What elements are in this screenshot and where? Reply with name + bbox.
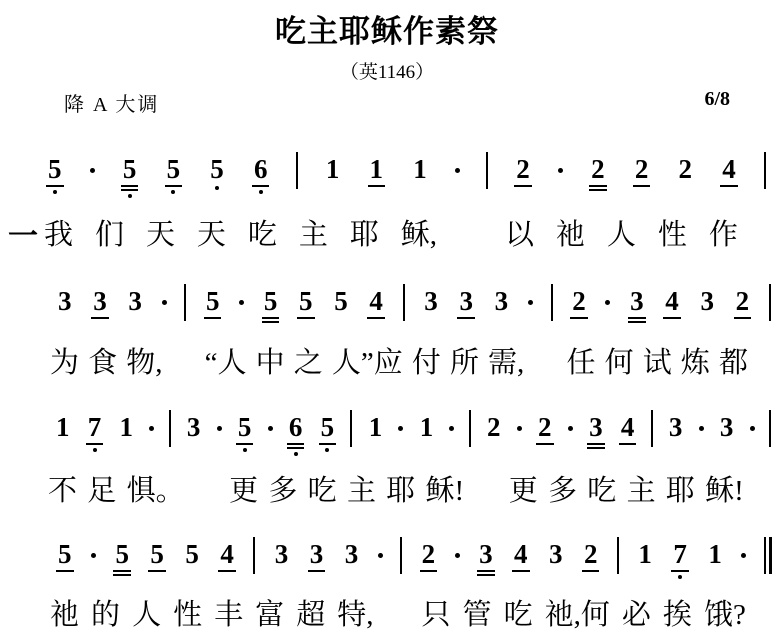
note-4: 4 xyxy=(663,288,681,319)
barline xyxy=(551,284,553,321)
lyric-syllable: 作 xyxy=(709,220,738,251)
duration-underline xyxy=(457,317,475,319)
lyric-line-3: 不足惧。更多吃主耶稣!更多吃主耶稣! xyxy=(48,476,744,510)
barline xyxy=(253,537,255,574)
page-title: 吃主耶稣作素祭 xyxy=(0,6,774,51)
duration-underline xyxy=(319,443,337,445)
note-3: 3 xyxy=(457,288,475,319)
note-1: 1 xyxy=(118,414,136,441)
duration-underline xyxy=(536,443,554,445)
duration-underline xyxy=(628,317,646,319)
note-5: 5 xyxy=(297,288,315,319)
low-octave-dot xyxy=(259,190,263,194)
note-3: 3 xyxy=(308,541,326,572)
duration-underline xyxy=(619,443,637,445)
duration-underline xyxy=(121,185,139,187)
lyric-syllable: 主 xyxy=(299,220,328,251)
lyric-syllable: 祂 xyxy=(50,600,79,631)
duration-underline xyxy=(262,321,280,323)
lyric-syllable: 祂 xyxy=(556,220,585,251)
note-2: 2 xyxy=(582,541,600,572)
time-signature: 6/8 xyxy=(704,88,730,111)
lyric-syllable: 性 xyxy=(173,600,202,631)
lyric-syllable: 性 xyxy=(658,220,687,251)
duration-underline xyxy=(218,570,236,572)
duration-underline xyxy=(113,574,131,576)
lyric-syllable: 何 xyxy=(605,348,634,379)
augmentation-dot xyxy=(558,168,563,173)
lyric-syllable: 超 xyxy=(296,600,325,631)
duration-underline xyxy=(121,189,139,191)
note-4: 4 xyxy=(218,541,236,572)
note-3: 3 xyxy=(422,288,440,315)
hymn-number: （英1146） xyxy=(0,57,774,84)
note-2: 2 xyxy=(734,288,752,319)
lyric-syllable: 吃 xyxy=(248,220,277,251)
music-line-4: 5555433323432171 xyxy=(56,541,772,585)
barline xyxy=(350,410,352,447)
lyric-syllable: 吃 xyxy=(308,476,337,507)
lyric-syllable: 丰 xyxy=(214,600,243,631)
duration-underline xyxy=(204,317,222,319)
augmentation-dot xyxy=(699,426,704,431)
lyric-syllable: 所 xyxy=(450,348,479,379)
duration-underline xyxy=(720,185,738,187)
note-3: 3 xyxy=(126,288,144,315)
final-barline xyxy=(764,537,772,574)
note-1: 1 xyxy=(54,414,72,441)
lyric-line-2: 为食物,“人中之人”应付所需,任何试炼都 xyxy=(50,348,748,382)
lyric-line-1: 我们天天吃主耶稣,以祂人性作 xyxy=(44,220,738,254)
lyric-syllable: 耶 xyxy=(386,476,415,507)
barline xyxy=(296,152,298,189)
lyric-syllable: 中 xyxy=(256,348,285,379)
note-3: 3 xyxy=(273,541,291,568)
note-3: 3 xyxy=(628,288,646,323)
duration-underline xyxy=(287,447,305,449)
lyric-syllable: “人 xyxy=(205,348,247,379)
note-4: 4 xyxy=(619,414,637,445)
note-1: 1 xyxy=(367,414,385,441)
barline xyxy=(403,284,405,321)
duration-underline xyxy=(570,317,588,319)
note-1: 1 xyxy=(418,414,436,441)
lyric-syllable: 富 xyxy=(255,600,284,631)
note-2: 2 xyxy=(677,156,695,183)
barline xyxy=(651,410,653,447)
music-line-3: 171356511223433 xyxy=(54,414,771,458)
augmentation-dot xyxy=(268,426,273,431)
note-2: 2 xyxy=(570,288,588,319)
lyric-syllable: 稣! xyxy=(705,476,744,507)
note-5: 5 xyxy=(319,414,337,452)
note-1: 1 xyxy=(411,156,429,183)
note-7: 7 xyxy=(86,414,104,452)
low-octave-dot xyxy=(678,575,682,579)
note-5: 5 xyxy=(204,288,222,319)
low-octave-dot xyxy=(215,186,219,190)
augmentation-dot xyxy=(162,300,167,305)
note-3: 3 xyxy=(718,414,736,441)
note-2: 2 xyxy=(420,541,438,572)
barline xyxy=(764,152,766,189)
low-octave-dot xyxy=(93,448,97,452)
low-octave-dot xyxy=(53,190,57,194)
note-5: 5 xyxy=(165,156,183,194)
augmentation-dot xyxy=(449,426,454,431)
lyric-syllable: 都 xyxy=(719,348,748,379)
lyric-syllable: 稣! xyxy=(426,476,465,507)
note-1: 1 xyxy=(324,156,342,183)
note-5: 5 xyxy=(46,156,64,194)
augmentation-dot xyxy=(378,553,383,558)
note-5: 5 xyxy=(121,156,139,198)
duration-underline xyxy=(236,443,254,445)
hymn-sheet: 吃主耶稣作素祭 （英1146） 降 A 大调 6/8 一 55556111222… xyxy=(0,0,774,640)
note-6: 6 xyxy=(287,414,305,456)
lyric-syllable: 的 xyxy=(91,600,120,631)
lyric-syllable: 我 xyxy=(44,220,73,251)
duration-underline xyxy=(308,570,326,572)
duration-underline xyxy=(368,185,386,187)
augmentation-dot xyxy=(91,553,96,558)
duration-underline xyxy=(262,317,280,319)
note-4: 4 xyxy=(512,541,530,572)
note-5: 5 xyxy=(183,541,201,568)
note-2: 2 xyxy=(633,156,651,187)
duration-underline xyxy=(734,317,752,319)
music-line-2: 3335555433323432 xyxy=(56,288,771,332)
duration-underline xyxy=(587,447,605,449)
note-7: 7 xyxy=(671,541,689,579)
duration-underline xyxy=(663,317,681,319)
lyric-syllable: 们 xyxy=(95,220,124,251)
note-5: 5 xyxy=(208,156,226,190)
lyric-syllable: 食 xyxy=(88,348,117,379)
lyric-syllable: 天 xyxy=(146,220,175,251)
note-5: 5 xyxy=(332,288,350,315)
lyric-syllable: 主 xyxy=(627,476,656,507)
note-3: 3 xyxy=(698,288,716,315)
augmentation-dot xyxy=(239,300,244,305)
low-octave-dot xyxy=(243,448,247,452)
duration-underline xyxy=(367,317,385,319)
lyric-syllable: 主 xyxy=(347,476,376,507)
lyric-syllable: 惧。 xyxy=(127,476,185,507)
note-4: 4 xyxy=(367,288,385,319)
lyric-syllable: 多 xyxy=(548,476,577,507)
lyric-syllable: 需, xyxy=(488,348,524,379)
note-2: 2 xyxy=(485,414,503,441)
note-3: 3 xyxy=(343,541,361,568)
lyric-syllable: 炼 xyxy=(681,348,710,379)
lyric-syllable: 任 xyxy=(567,348,596,379)
key-signature: 降 A 大调 xyxy=(64,88,159,117)
barline xyxy=(769,284,771,321)
lyric-syllable: 特, xyxy=(337,600,373,631)
note-3: 3 xyxy=(185,414,203,441)
augmentation-dot xyxy=(149,426,154,431)
augmentation-dot xyxy=(750,426,755,431)
note-3: 3 xyxy=(477,541,495,576)
lyric-line-4: 祂的人性丰富超特,只管吃祂,何必挨饿? xyxy=(50,600,746,634)
barline xyxy=(469,410,471,447)
augmentation-dot xyxy=(455,168,460,173)
note-3: 3 xyxy=(667,414,685,441)
note-4: 4 xyxy=(720,156,738,187)
lyric-syllable: 试 xyxy=(643,348,672,379)
lyric-syllable: 管 xyxy=(463,600,492,631)
duration-underline xyxy=(512,570,530,572)
duration-underline xyxy=(420,570,438,572)
augmentation-dot xyxy=(517,426,522,431)
augmentation-dot xyxy=(568,426,573,431)
augmentation-dot xyxy=(217,426,222,431)
lyric-syllable: 物, xyxy=(126,348,162,379)
augmentation-dot xyxy=(741,553,746,558)
note-3: 3 xyxy=(587,414,605,449)
low-octave-dot xyxy=(294,452,298,456)
barline xyxy=(486,152,488,189)
music-line-1: 5555611122224 xyxy=(46,156,766,200)
note-5: 5 xyxy=(113,541,131,576)
barline xyxy=(400,537,402,574)
lyric-syllable: 耶 xyxy=(666,476,695,507)
low-octave-dot xyxy=(128,194,132,198)
augmentation-dot xyxy=(398,426,403,431)
lyric-syllable: 足 xyxy=(87,476,116,507)
note-6: 6 xyxy=(252,156,270,194)
duration-underline xyxy=(589,189,607,191)
note-1: 1 xyxy=(706,541,724,568)
lyric-syllable: 多 xyxy=(268,476,297,507)
duration-underline xyxy=(589,185,607,187)
note-2: 2 xyxy=(536,414,554,445)
lyric-syllable: 不 xyxy=(48,476,77,507)
note-3: 3 xyxy=(493,288,511,315)
note-5: 5 xyxy=(236,414,254,452)
low-octave-dot xyxy=(325,448,329,452)
note-5: 5 xyxy=(262,288,280,323)
lyric-syllable: 为 xyxy=(50,348,79,379)
duration-underline xyxy=(633,185,651,187)
lyric-syllable: 天 xyxy=(197,220,226,251)
barline xyxy=(617,537,619,574)
augmentation-dot xyxy=(528,300,533,305)
note-5: 5 xyxy=(148,541,166,572)
barline xyxy=(769,410,771,447)
verse-number: 一 xyxy=(8,222,38,252)
note-2: 2 xyxy=(514,156,532,187)
duration-underline xyxy=(113,570,131,572)
note-3: 3 xyxy=(56,288,74,315)
lyric-syllable: 更 xyxy=(229,476,258,507)
lyric-syllable: 更 xyxy=(509,476,538,507)
lyric-syllable: 挨 xyxy=(663,600,692,631)
lyric-syllable: 饿? xyxy=(704,600,746,631)
duration-underline xyxy=(287,443,305,445)
barline xyxy=(184,284,186,321)
lyric-syllable: 耶 xyxy=(350,220,379,251)
lyric-syllable: 人 xyxy=(607,220,636,251)
duration-underline xyxy=(297,317,315,319)
lyric-syllable: 必 xyxy=(622,600,651,631)
lyric-syllable: 之 xyxy=(294,348,323,379)
lyric-syllable: 人 xyxy=(132,600,161,631)
augmentation-dot xyxy=(455,553,460,558)
note-1: 1 xyxy=(368,156,386,187)
augmentation-dot xyxy=(605,300,610,305)
duration-underline xyxy=(252,185,270,187)
lyric-syllable: 只 xyxy=(422,600,451,631)
duration-underline xyxy=(46,185,64,187)
duration-underline xyxy=(582,570,600,572)
duration-underline xyxy=(587,443,605,445)
duration-underline xyxy=(165,185,183,187)
augmentation-dot xyxy=(90,168,95,173)
duration-underline xyxy=(477,570,495,572)
duration-underline xyxy=(86,443,104,445)
duration-underline xyxy=(91,317,109,319)
barline xyxy=(169,410,171,447)
note-3: 3 xyxy=(91,288,109,319)
lyric-syllable: 以 xyxy=(505,220,534,251)
note-2: 2 xyxy=(589,156,607,191)
duration-underline xyxy=(56,570,74,572)
lyric-syllable: 吃 xyxy=(504,600,533,631)
duration-underline xyxy=(671,570,689,572)
low-octave-dot xyxy=(171,190,175,194)
lyric-syllable: 吃 xyxy=(587,476,616,507)
note-1: 1 xyxy=(636,541,654,568)
duration-underline xyxy=(628,321,646,323)
lyric-syllable: 人”应 xyxy=(332,348,403,379)
lyric-syllable: 祂,何 xyxy=(545,600,610,631)
duration-underline xyxy=(514,185,532,187)
lyric-syllable: 稣, xyxy=(401,220,437,251)
duration-underline xyxy=(477,574,495,576)
note-5: 5 xyxy=(56,541,74,572)
duration-underline xyxy=(148,570,166,572)
lyric-syllable: 付 xyxy=(412,348,441,379)
note-3: 3 xyxy=(547,541,565,568)
